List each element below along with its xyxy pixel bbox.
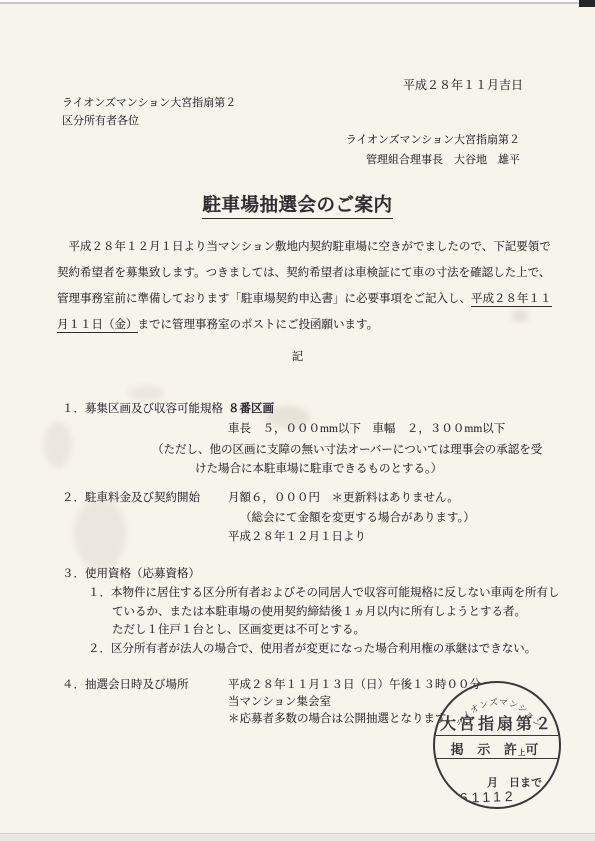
- item1-label: １．募集区画及び収容可能規格: [62, 403, 223, 417]
- item3-sub1-line1: １．本物件に居住する区分所有者およびその同居人で収容可能規格に反しない車両を所有…: [88, 587, 560, 601]
- stamp-permit-text: 掲 示 許上可: [435, 739, 559, 758]
- ki-marker: 記: [0, 351, 595, 365]
- item3-label: ３．使用資格（応募資格）: [62, 568, 200, 582]
- addressee-line2: 区分所有者各位: [62, 115, 139, 128]
- scanned-document-page: 平成２８年１１月吉日 ライオンズマンション大宮指扇第２ 区分所有者各位 ライオン…: [0, 0, 595, 841]
- document-title: 駐車場抽選会のご案内: [202, 196, 392, 219]
- item1-dimensions: 車長 ５，０００mm以下 車幅 ２，３００mm以下: [228, 423, 505, 437]
- item2-fee-note: （総会にて金額を変更する場合があります。）: [240, 512, 475, 526]
- paper-smudge: [512, 310, 528, 322]
- paper-smudge: [74, 498, 126, 570]
- scan-edge-bottom: [0, 833, 595, 841]
- item1-plot-number: ８番区画: [228, 403, 274, 417]
- scan-edge-top-line: [0, 2, 595, 4]
- item2-fee: 月額６，０００円 ＊更新料はありません。: [228, 492, 459, 506]
- item4-label: ４．抽選会日時及び場所: [62, 679, 189, 693]
- stamp-serial-number: 161112: [448, 788, 517, 806]
- item4-place: 当マンション集会室: [228, 696, 331, 710]
- sender-chairman: 管理組合理事長 大谷地 雄平: [366, 154, 520, 167]
- body-line-4-text: までに管理事務室のポストにご投函願います。: [138, 319, 379, 331]
- paper-smudge: [44, 422, 72, 468]
- item1-note-line2: けた場合に本駐車場に駐車できるものとする。）: [195, 463, 442, 477]
- deadline-underline-part1: 平成２８年１１: [471, 293, 552, 307]
- scan-corner-mark: [579, 0, 595, 7]
- item3-sub1-line2: ているか、または本駐車場の使用契約締結後１ヵ月以内に所有しようとする者。: [112, 606, 526, 620]
- item2-start-date: 平成２８年１２月１日より: [228, 531, 366, 545]
- paper-smudge: [128, 386, 164, 400]
- deadline-underline-part2: 月１１日（金）: [57, 319, 138, 333]
- sender-organization: ライオンズマンション大宮指扇第２: [346, 134, 520, 147]
- stamp-building-name: 大宮指扇第２: [435, 711, 559, 734]
- stamp-permit-last: 可: [525, 742, 543, 757]
- issue-date: 平成２８年１１月吉日: [403, 78, 523, 92]
- title-row: 駐車場抽選会のご案内: [0, 191, 595, 217]
- addressee-line1: ライオンズマンション大宮指扇第２: [62, 97, 236, 110]
- body-line-3: 管理事務室前に準備しております「駐車場契約申込書」に必要事項をご記入し、平成２８…: [57, 293, 552, 307]
- posting-permission-stamp: ライオンズマンション 大宮指扇第２ 掲 示 許上可 月 日まで 161112: [433, 681, 561, 809]
- stamp-permit-main: 掲 示 許: [451, 742, 522, 757]
- item2-label: ２．駐車料金及び契約開始: [62, 492, 200, 506]
- body-line-3-text: 管理事務室前に準備しております「駐車場契約申込書」に必要事項をご記入し、: [57, 293, 471, 305]
- item3-sub2-line1: ２．区分所有者が法人の場合で、使用者が変更になった場合利用権の承継はできない。: [88, 643, 536, 657]
- body-line-1: 平成２８年１２月１日より当マンション敷地内契約駐車場に空きがでましたので、下記要…: [57, 241, 551, 255]
- body-line-2: 契約希望者を募集致します。つきましては、契約希望者は車検証にて車の寸法を確認した…: [57, 267, 550, 281]
- body-line-4: 月１１日（金）までに管理事務室のポストにご投函願います。: [57, 319, 378, 333]
- stamp-divider-line: [433, 735, 561, 736]
- item4-note: ＊応募者多数の場合は公開抽選となります。: [228, 713, 457, 727]
- stamp-divider-line: [433, 758, 561, 759]
- item3-sub1-line3: ただし１住戸１台とし、区画変更は不可とする。: [112, 624, 365, 638]
- item1-note-line1: （ただし、他の区画に支障の無い寸法オーバーについては理事会の承認を受: [152, 444, 542, 458]
